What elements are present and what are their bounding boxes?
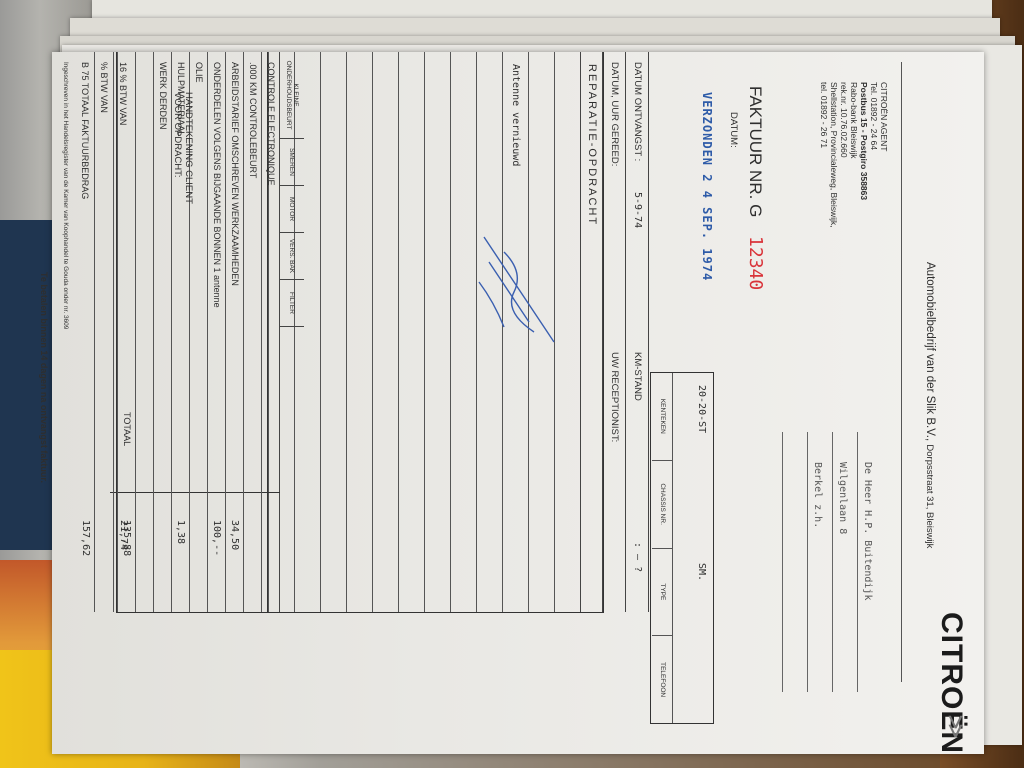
- vat-label: % BTW VAN: [99, 62, 109, 113]
- service-row: ONDERDELEN VOLGENS BIJGAANDE BONNEN 1 an…: [207, 52, 225, 612]
- divider: [901, 62, 902, 682]
- company-header: Automobielbedrijf van der Slik B.V., Dor…: [924, 262, 936, 548]
- vehicle-type: SM.: [696, 563, 707, 581]
- license-plate: 20-20-ST: [696, 385, 707, 433]
- agent-line: Shellstation, Provincialeweg, Bleiswijk,: [829, 82, 839, 322]
- header: MOTOR: [280, 186, 304, 233]
- repair-line: [320, 52, 346, 612]
- agent-line: Postbus 15 - Postgiro 358863: [859, 82, 869, 322]
- service-label: ONDERDELEN VOLGENS BIJGAANDE BONNEN 1 an…: [212, 62, 222, 308]
- header-type: TYPE: [652, 549, 672, 637]
- sent-stamp: VERZONDEN 2 4 SEP. 1974: [700, 92, 714, 281]
- vehicle-box: 20-20-ST SM. KENTEKEN CHASSIS NR. TYPE T…: [650, 372, 714, 724]
- label: DATUM, UUR GEREED:: [609, 52, 620, 166]
- totals: 16 % BTW VAN21,74% BTW VAN B 75 TOTAAL F…: [76, 52, 132, 612]
- invoice-number-value: 12340: [745, 236, 766, 290]
- service-amount: 1,38: [172, 520, 189, 544]
- invoice-number: FAKTUUR NR. G 12340: [745, 86, 766, 290]
- signature-label: HANDTEKENING CLIENT VOOR OPDRACHT:: [172, 92, 194, 222]
- service-row: ARBEIDSTARIEF OMSCHREVEN WERKZAAMHEDEN34…: [225, 52, 243, 612]
- header-kenteken: KENTEKEN: [652, 373, 672, 461]
- header-telefoon: TELEFOON: [652, 636, 672, 723]
- label: UW RECEPTIONIST:: [603, 352, 625, 442]
- label: KM-STAND: [626, 352, 648, 401]
- vat-row: % BTW VAN: [94, 52, 113, 612]
- dates-block: DATUM ONTVANGST : 5-9-74 KM-STAND : — ? …: [602, 52, 649, 612]
- header: FILTER: [280, 280, 304, 327]
- header-chassis: CHASSIS NR.: [652, 461, 672, 549]
- service-label: CONTROLE ELECTRONIQUE: [266, 62, 276, 186]
- value: 5-9-74: [626, 192, 648, 228]
- header: KLEINE ONDERHOUDSBEURT: [280, 52, 304, 139]
- invoice-sheet-wrapper: CITROËN ≫ Automobielbedrijf van der Slik…: [52, 52, 984, 754]
- agent-block: CITROËN AGENT Tel. 01892 - 24 64 Postbus…: [819, 82, 889, 322]
- grand-total-row: B 75 TOTAAL FAKTUURBEDRAG 157,62: [76, 52, 94, 612]
- citroen-double-chevron-icon: ≫: [941, 714, 970, 739]
- vat-label: 16 % BTW VAN: [118, 62, 128, 125]
- agent-line: tel. 01892 - 26 71: [819, 82, 829, 322]
- repair-line: [372, 52, 398, 612]
- service-row: WERK DERDEN: [153, 52, 171, 612]
- service-label: OLIE: [194, 62, 204, 83]
- invoice-sheet: CITROËN ≫ Automobielbedrijf van der Slik…: [52, 52, 984, 754]
- service-table: KLEINE ONDERHOUDSBEURT SMEREN MOTOR VERS…: [116, 52, 304, 613]
- repair-line: [424, 52, 450, 612]
- service-row: .000 KM CONTROLEBEURT: [243, 52, 261, 612]
- service-row: [135, 52, 153, 612]
- service-amount: 34,50: [226, 520, 243, 550]
- invoice-label: FAKTUUR NR.: [746, 86, 765, 199]
- grand-total-value: 157,62: [76, 520, 94, 556]
- service-label: WERK DERDEN: [158, 62, 168, 130]
- invoice-series: G: [746, 204, 765, 217]
- agent-line: Rabo-bank Bleiswijk: [849, 82, 859, 322]
- agent-line: CITROËN AGENT: [879, 82, 889, 322]
- label: DATUM ONTVANGST :: [632, 52, 643, 161]
- company-name: Automobielbedrijf van der Slik B.V.,: [924, 262, 936, 441]
- footer-registration: Ingeschreven in het Handelsregister van …: [62, 62, 69, 329]
- repair-title: REPARATIE-OPDRACHT: [580, 52, 603, 612]
- repair-line: [398, 52, 424, 612]
- recipient-address: De Heer H.P. Buitendijk Wilgenlaan 8 Ber…: [782, 432, 882, 692]
- grand-total-label: B 75 TOTAAL FAKTUURBEDRAG: [80, 62, 90, 199]
- value: : — ?: [626, 542, 648, 572]
- service-row: CONTROLE ELECTRONIQUE: [261, 52, 279, 612]
- repair-line: [346, 52, 372, 612]
- company-address: Dorpsstraat 31, Bleiswijk: [924, 444, 935, 548]
- date-ready-row: DATUM, UUR GEREED: UW RECEPTIONIST:: [602, 52, 625, 612]
- date-received-row: DATUM ONTVANGST : 5-9-74 KM-STAND : — ?: [625, 52, 648, 612]
- agent-line: rek.nr. 10.76.02.660: [839, 82, 849, 322]
- service-amount: 100,--: [208, 520, 225, 556]
- service-label: .000 KM CONTROLEBEURT: [248, 62, 258, 178]
- vat-row: 16 % BTW VAN21,74: [113, 52, 132, 612]
- service-label: ARBEIDSTARIEF OMSCHREVEN WERKZAAMHEDEN: [230, 62, 240, 286]
- payment-terms: Te betalen binnen 14 dagen na ontvangst …: [39, 272, 49, 483]
- recipient-name: De Heer H.P. Buitendijk: [857, 432, 882, 692]
- date-label: DATUM:: [728, 112, 739, 148]
- recipient-street: Wilgenlaan 8: [832, 432, 857, 692]
- header: SMEREN: [280, 139, 304, 186]
- agent-line: Tel. 01892 - 24 64: [869, 82, 879, 322]
- header: VERS. BAK: [280, 233, 304, 280]
- recipient-blank: [782, 432, 807, 692]
- recipient-city: Berkel z.h.: [807, 432, 832, 692]
- vat-amount: 21,74: [114, 520, 132, 550]
- handwritten-signature: [464, 232, 564, 352]
